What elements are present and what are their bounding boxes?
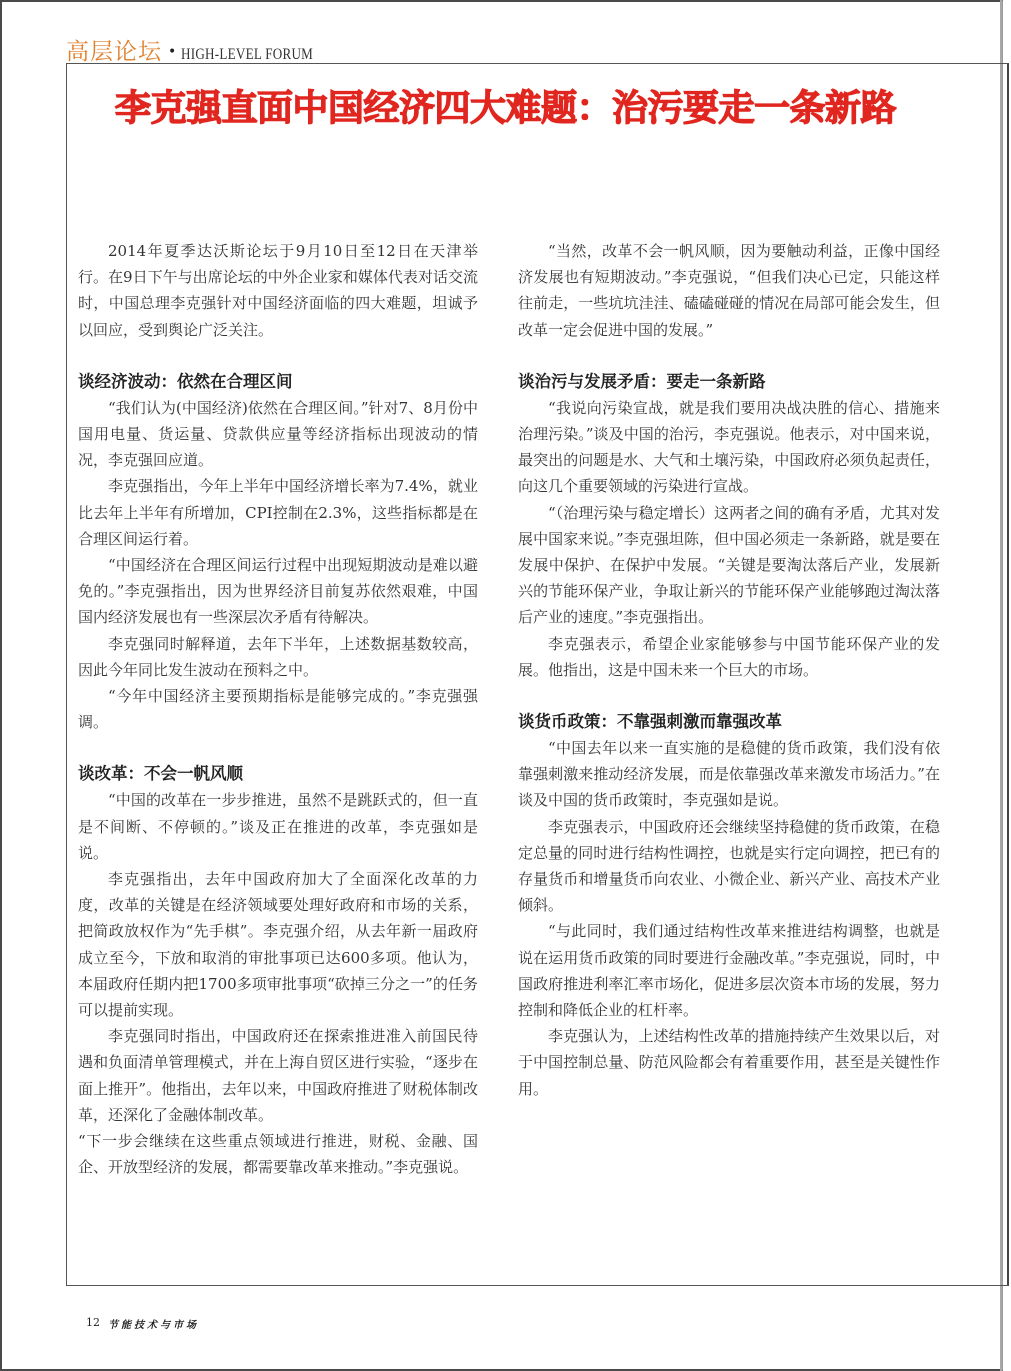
paragraph: 李克强表示，中国政府还会继续坚持稳健的货币政策，在稳定总量的同时进行结构性调控，…: [518, 814, 940, 919]
bullet-separator: •: [168, 44, 176, 60]
section-label-cn: 高层论坛: [66, 33, 162, 66]
paragraph: 李克强同时解释道，去年下半年，上述数据基数较高，因此今年同比发生波动在预料之中。: [78, 631, 478, 683]
paragraph: “与此同时，我们通过结构性改革来推进结构调整，也就是说在运用货币政策的同时要进行…: [518, 918, 940, 1023]
article-title: 李克强直面中国经济四大难题：治污要走一条新路: [0, 80, 1011, 131]
paragraph: 李克强同时指出，中国政府还在探索推进准入前国民待遇和负面清单管理模式，并在上海自…: [78, 1023, 478, 1128]
section-heading-reform: 谈改革：不会一帆风顺: [78, 761, 478, 787]
paragraph: 李克强指出，去年中国政府加大了全面深化改革的力度，改革的关键是在经济领域要处理好…: [78, 866, 478, 1023]
intro-paragraph: 2014年夏季达沃斯论坛于9月10日至12日在天津举行。在9日下午与出席论坛的中…: [78, 238, 478, 343]
page-footer: 12 节能技术与市场: [86, 1316, 199, 1331]
paragraph: “我说向污染宣战，就是我们要用决战决胜的信心、措施来治理污染。”谈及中国的治污，…: [518, 395, 940, 500]
paragraph: “当然，改革不会一帆风顺，因为要触动利益，正像中国经济发展也有短期波动。”李克强…: [518, 238, 940, 343]
section-header: 高层论坛 • HIGH-LEVEL FORUM: [66, 33, 342, 63]
paragraph: “我们认为(中国经济)依然在合理区间。”针对7、8月份中国用电量、货运量、贷款供…: [78, 395, 478, 474]
section-heading-monetary: 谈货币政策：不靠强刺激而靠强改革: [518, 709, 940, 735]
paragraph: “中国经济在合理区间运行过程中出现短期波动是难以避免的。”李克强指出，因为世界经…: [78, 552, 478, 631]
section-label-en: HIGH-LEVEL FORUM: [181, 46, 313, 64]
page-number: 12: [86, 1316, 100, 1331]
column-left: 2014年夏季达沃斯论坛于9月10日至12日在天津举行。在9日下午与出席论坛的中…: [78, 238, 478, 1181]
column-right: “当然，改革不会一帆风顺，因为要触动利益，正像中国经济发展也有短期波动。”李克强…: [518, 238, 940, 1102]
paragraph: 李克强认为，上述结构性改革的措施持续产生效果以后，对于中国控制总量、防范风险都会…: [518, 1023, 940, 1102]
paragraph: 李克强指出，今年上半年中国经济增长率为7.4%，就业比去年上半年有所增加，CPI…: [78, 473, 478, 552]
paragraph: “中国的改革在一步步推进，虽然不是跳跃式的，但一直是不间断、不停顿的。”谈及正在…: [78, 787, 478, 866]
paragraph: “（治理污染与稳定增长）这两者之间的确有矛盾，尤其对发展中国家来说。”李克强坦陈…: [518, 500, 940, 631]
paragraph: “下一步会继续在这些重点领域进行推进，财税、金融、国企、开放型经济的发展，都需要…: [78, 1128, 478, 1180]
paragraph: 李克强表示，希望企业家能够参与中国节能环保产业的发展。他指出，这是中国未来一个巨…: [518, 631, 940, 683]
section-heading-economy: 谈经济波动：依然在合理区间: [78, 369, 478, 395]
paragraph: “今年中国经济主要预期指标是能够完成的。”李克强强调。: [78, 683, 478, 735]
publication-name: 节能技术与市场: [108, 1316, 199, 1331]
paragraph: “中国去年以来一直实施的是稳健的货币政策，我们没有依靠强刺激来推动经济发展，而是…: [518, 735, 940, 814]
section-heading-pollution: 谈治污与发展矛盾：要走一条新路: [518, 369, 940, 395]
